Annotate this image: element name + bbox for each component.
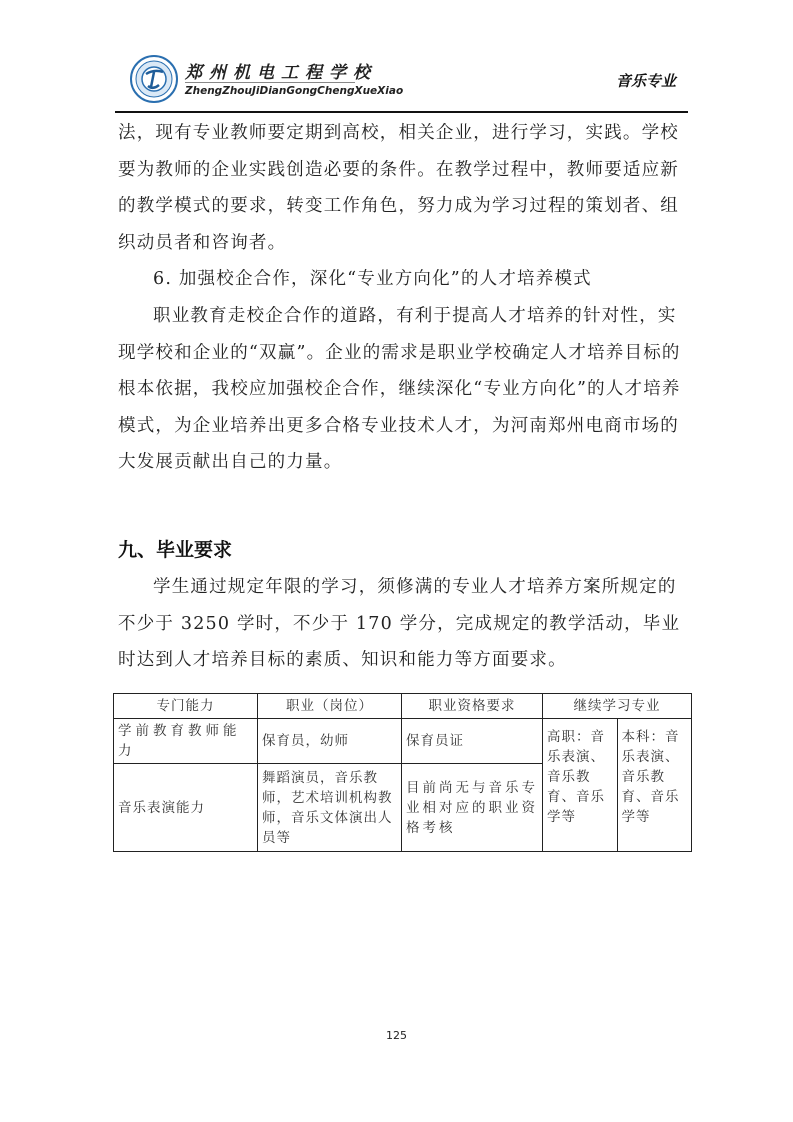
cell-qualification: 目前尚无与音乐专业相对应的职业资格考核 xyxy=(402,764,543,852)
header-occupation: 职业（岗位） xyxy=(258,694,402,719)
graduation-requirements-table: 专门能力 职业（岗位） 职业资格要求 继续学习专业 学前教育教师能力 保育员，幼… xyxy=(113,693,692,852)
header-rule xyxy=(115,111,688,113)
paragraph-text: 学生通过规定年限的学习，须修满的专业人才培养方案所规定的不少于 3250 学时，… xyxy=(118,569,688,679)
cell-further-undergraduate: 本科：音乐表演、音乐教育、音乐学等 xyxy=(617,719,692,852)
cell-occupation: 舞蹈演员，音乐教师，艺术培训机构教师，音乐文体演出人员等 xyxy=(258,764,402,852)
section-9-title: 九、毕业要求 xyxy=(118,535,232,562)
page-number: 125 xyxy=(0,1029,793,1042)
school-name-en: ZhengZhouJiDianGongChengXueXiao xyxy=(185,85,403,97)
paragraph-graduation: 学生通过规定年限的学习，须修满的专业人才培养方案所规定的不少于 3250 学时，… xyxy=(118,569,688,679)
major-label: 音乐专业 xyxy=(616,70,676,91)
cell-further-vocational: 高职：音乐表演、音乐教育、音乐学等 xyxy=(543,719,618,852)
paragraph-school-enterprise: 职业教育走校企合作的道路，有利于提高人才培养的针对性，实现学校和企业的“双赢”。… xyxy=(118,298,688,481)
paragraph-teacher-practice: 法，现有专业教师要定期到高校，相关企业，进行学习，实践。学校要为教师的企业实践创… xyxy=(118,115,688,261)
cell-occupation: 保育员，幼师 xyxy=(258,719,402,764)
header-qualification: 职业资格要求 xyxy=(402,694,543,719)
school-emblem-icon xyxy=(129,54,179,104)
cell-ability: 学前教育教师能力 xyxy=(114,719,258,764)
paragraph-text: 职业教育走校企合作的道路，有利于提高人才培养的针对性，实现学校和企业的“双赢”。… xyxy=(118,298,688,481)
header-further-study: 继续学习专业 xyxy=(543,694,692,719)
logo-divider xyxy=(185,82,355,83)
header-ability: 专门能力 xyxy=(114,694,258,719)
table-header-row: 专门能力 职业（岗位） 职业资格要求 继续学习专业 xyxy=(114,694,692,719)
subheading-text: 6. 加强校企合作，深化“专业方向化”的人才培养模式 xyxy=(118,261,688,298)
paragraph-text: 法，现有专业教师要定期到高校，相关企业，进行学习，实践。学校要为教师的企业实践创… xyxy=(118,115,688,261)
subheading-6: 6. 加强校企合作，深化“专业方向化”的人才培养模式 xyxy=(118,261,688,298)
school-name-cn: 郑州机电工程学校 xyxy=(185,58,377,83)
table-row: 学前教育教师能力 保育员，幼师 保育员证 高职：音乐表演、音乐教育、音乐学等 本… xyxy=(114,719,692,764)
cell-qualification: 保育员证 xyxy=(402,719,543,764)
cell-ability: 音乐表演能力 xyxy=(114,764,258,852)
page-header: 郑州机电工程学校 ZhengZhouJiDianGongChengXueXiao… xyxy=(115,48,688,112)
